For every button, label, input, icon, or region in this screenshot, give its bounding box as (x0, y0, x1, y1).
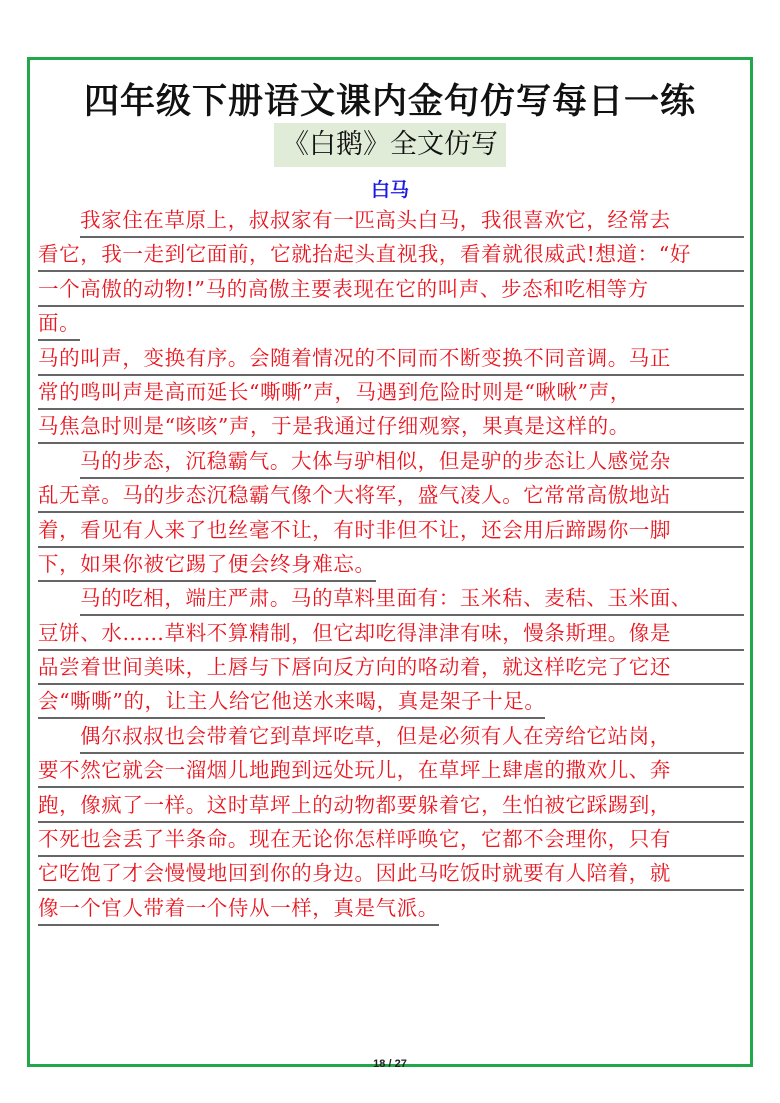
text-line: 我家住在草原上，叔叔家有一匹高头白马，我很喜欢它，经常去 (38, 203, 744, 237)
text-line: 它吃饱了才会慢慢地回到你的身边。因此马吃饭时就要有人陪着，就 (38, 856, 744, 890)
text-line: 一个高傲的动物!”马的高傲主要表现在它的叫声、步态和吃相等方 (38, 272, 744, 306)
page-indicator: 18 / 27 (0, 1058, 780, 1070)
subtitle-wrap: 《白鹅》全文仿写 (30, 123, 750, 167)
text-line: 不死也会丢了半条命。现在无论你怎样呼唤它，它都不会理你，只有 (38, 822, 744, 856)
text-line: 品尝着世间美味，上唇与下唇向反方向的咯动着，就这样吃完了它还 (38, 650, 744, 684)
text-line: 会“嘶嘶”的，让主人给它他送水来喝，真是架子十足。 (38, 684, 744, 718)
text-line: 跑，像疯了一样。这时草坪上的动物都要躲着它，生怕被它踩踢到， (38, 788, 744, 822)
subtitle: 《白鹅》全文仿写 (274, 123, 506, 167)
text-line: 马焦急时则是“咳咳”声，于是我通过仔细观察，果真是这样的。 (38, 409, 744, 443)
text-line: 常的鸣叫声是高而延长“嘶嘶”声，马遇到危险时则是“啾啾”声， (38, 375, 744, 409)
text-line: 马的吃相，端庄严肃。马的草料里面有：玉米秸、麦秸、玉米面、 (38, 581, 744, 615)
essay-heading: 白马 (30, 175, 750, 202)
document-frame: 四年级下册语文课内金句仿写每日一练 《白鹅》全文仿写 白马 我家住在草原上，叔叔… (27, 57, 753, 1067)
text-line: 像一个官人带着一个侍从一样，真是气派。 (38, 891, 744, 925)
essay-body: 我家住在草原上，叔叔家有一匹高头白马，我很喜欢它，经常去 看它，我一走到它面前，… (38, 203, 744, 925)
text-line: 马的叫声，变换有序。会随着情况的不同而不断变换不同音调。马正 (38, 341, 744, 375)
text-line: 要不然它就会一溜烟儿地跑到远处玩儿，在草坪上肆虐的撒欢儿、奔 (38, 753, 744, 787)
page-title: 四年级下册语文课内金句仿写每日一练 (30, 74, 750, 124)
text-line: 面。 (38, 306, 744, 340)
text-line: 乱无章。马的步态沉稳霸气像个大将军，盛气凌人。它常常高傲地站 (38, 478, 744, 512)
text-line: 马的步态，沉稳霸气。大体与驴相似，但是驴的步态让人感觉杂 (38, 444, 744, 478)
text-line: 豆饼、水……草料不算精制，但它却吃得津津有味，慢条斯理。像是 (38, 616, 744, 650)
text-line: 偶尔叔叔也会带着它到草坪吃草，但是必须有人在旁给它站岗， (38, 719, 744, 753)
text-line: 看它，我一走到它面前，它就抬起头直视我，看着就很威武!想道：“好 (38, 237, 744, 271)
text-line: 着，看见有人来了也丝毫不让，有时非但不让，还会用后蹄踢你一脚 (38, 513, 744, 547)
text-line: 下，如果你被它踢了便会终身难忘。 (38, 547, 744, 581)
